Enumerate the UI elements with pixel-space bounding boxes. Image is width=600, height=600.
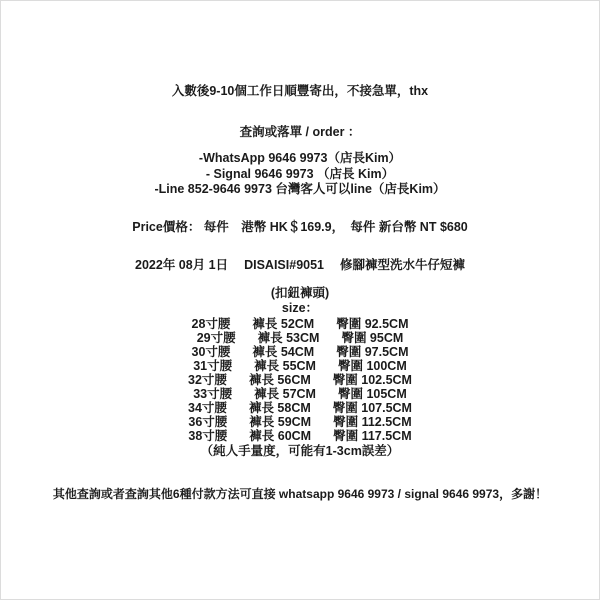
hip-value: 臀圍 92.5CM [336,317,408,331]
product-line: 2022年 08月 1日 DISAISI#9051 修腳褲型洗水牛仔短褲 [1,257,599,273]
size-row: 33寸腰 褲長 57CM 臀圍 105CM [1,387,599,401]
waist-value: 29寸腰 [197,331,236,345]
contact-whatsapp: -WhatsApp 9646 9973（店長Kim） [1,151,599,167]
size-row: 32寸腰 褲長 56CM 臀圍 102.5CM [1,373,599,387]
hip-value: 臀圍 105CM [338,387,407,401]
size-row: 30寸腰 褲長 54CM 臀圍 97.5CM [1,345,599,359]
hip-value: 臀圍 117.5CM [333,429,412,443]
hip-value: 臀圍 107.5CM [333,401,412,415]
size-heading: size： [1,301,599,316]
size-row: 36寸腰 褲長 59CM 臀圍 112.5CM [1,415,599,429]
order-info-sheet: 入數後9-10個工作日順豐寄出，不接急單，thx 查詢或落單 / order ：… [0,0,600,600]
hip-value: 臀圍 102.5CM [333,373,412,387]
hip-value: 臀圍 112.5CM [333,415,412,429]
contact-signal: - Signal 9646 9973 （店長 Kim） [1,167,599,183]
waist-type-note: (扣鈕褲頭) [1,286,599,301]
order-heading: 查詢或落單 / order ： [1,124,599,140]
length-value: 褲長 59CM [249,415,311,429]
size-table: 28寸腰 褲長 52CM 臀圍 92.5CM 29寸腰 褲長 53CM 臀圍 9… [1,317,599,443]
measure-note: （純人手量度，可能有1-3cm誤差） [1,444,599,459]
size-row: 29寸腰 褲長 53CM 臀圍 95CM [1,331,599,345]
waist-value: 31寸腰 [193,359,232,373]
length-value: 褲長 53CM [258,331,320,345]
price-line: Price價格： 每件 港幣 HK＄169.9， 每件 新台幣 NT $680 [1,219,599,235]
size-row: 38寸腰 褲長 60CM 臀圍 117.5CM [1,429,599,443]
waist-value: 28寸腰 [192,317,231,331]
waist-value: 34寸腰 [188,401,227,415]
waist-value: 38寸腰 [188,429,227,443]
length-value: 褲長 56CM [249,373,311,387]
length-value: 褲長 54CM [252,345,314,359]
contact-list: -WhatsApp 9646 9973（店長Kim） - Signal 9646… [1,151,599,198]
footer-note: 其他查詢或者查詢其他6種付款方法可直接 whatsapp 9646 9973 /… [1,486,599,502]
size-row: 34寸腰 褲長 58CM 臀圍 107.5CM [1,401,599,415]
length-value: 褲長 57CM [254,387,316,401]
hip-value: 臀圍 95CM [341,331,403,345]
hip-value: 臀圍 97.5CM [336,345,408,359]
waist-value: 33寸腰 [193,387,232,401]
length-value: 褲長 60CM [249,429,311,443]
length-value: 褲長 52CM [252,317,314,331]
size-row: 31寸腰 褲長 55CM 臀圍 100CM [1,359,599,373]
length-value: 褲長 58CM [249,401,311,415]
waist-value: 32寸腰 [188,373,227,387]
shipping-notice: 入數後9-10個工作日順豐寄出，不接急單，thx [1,83,599,99]
waist-value: 30寸腰 [192,345,231,359]
hip-value: 臀圍 100CM [338,359,407,373]
length-value: 褲長 55CM [254,359,316,373]
size-row: 28寸腰 褲長 52CM 臀圍 92.5CM [1,317,599,331]
contact-line-app: -Line 852-9646 9973 台灣客人可以line（店長Kim） [1,182,599,198]
waist-value: 36寸腰 [188,415,227,429]
